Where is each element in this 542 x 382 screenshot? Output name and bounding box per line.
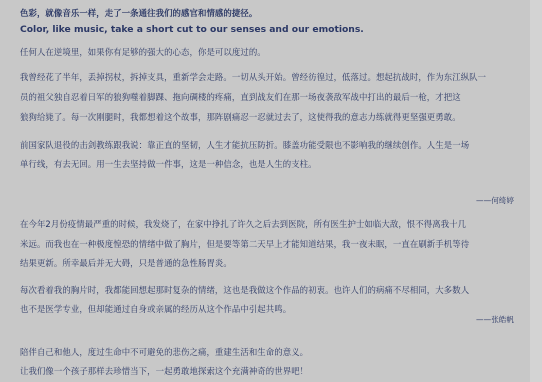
section1-para1-line: 员的祖父独自忍着日军的狼狗噬着脚踝、拖向碉楼的疼痛，直到战友们在那一场夜袭敌军战… (20, 92, 461, 103)
section1-para2-line: 单行线，有去无回。用一生去坚持做一件事，这是一种信念，也是人生的支柱。 (20, 159, 317, 170)
section2-signature: ——张皓帆 (476, 315, 514, 325)
header-quote-en: Color, like music, take a short cut to o… (20, 24, 364, 35)
section2-para1-line: 结果更新。所幸最后并无大碍，只是普通的急性肠胃炎。 (20, 258, 232, 269)
header-quote-zh: 色彩，就像音乐一样，走了一条通往我们的感官和情感的捷径。 (20, 8, 257, 19)
intro-text: 任何人在逆境里，如果你有足够的强大的心态，你是可以度过的。 (20, 47, 266, 58)
section2-para2-line: 也不是医学专业，但却能通过自身或亲属的经历从这个作品中引起共鸣。 (20, 304, 291, 315)
section1-signature: ——何绮婷 (476, 196, 514, 206)
closing-line: 让我们像一个孩子那样去珍惜当下，一起勇敢地探索这个充满神奇的世界吧！ (20, 366, 308, 377)
section2-para1-line: 在今年2月份疫情最严重的时候，我发烧了，在家中挣扎了许久之后去到医院，所有医生护… (20, 219, 466, 230)
section1-para1-line: 我曾经花了半年，丢掉拐杖，拆掉支具，重新学会走路。一切从头开始。曾经彷徨过，低落… (20, 72, 486, 83)
closing-line: 陪伴自己和他人，度过生命中不可避免的悲伤之痛，重建生活和生命的意义。 (20, 347, 308, 358)
section2-para2-line: 每次看着我的胸片时，我都能回想起那时复杂的情绪，这也是我做这个作品的初衷。也许人… (20, 285, 469, 296)
section1-para1-line: 狼狗给毙了。每一次刚腿时，我都想着这个故事，那阵剧痛忍一忍就过去了，这使得我的意… (20, 112, 461, 123)
section2-para1-line: 米远。而我也在一种极度惶恐的情绪中做了胸片，但是要等第二天早上才能知道结果，我一… (20, 239, 469, 250)
section1-para2-line: 前国家队退役的击剑教练跟我说：靠正直的坚韧，人生才能抗压防折。膝盖功能受限也不影… (20, 140, 469, 151)
page-edge (530, 0, 542, 382)
